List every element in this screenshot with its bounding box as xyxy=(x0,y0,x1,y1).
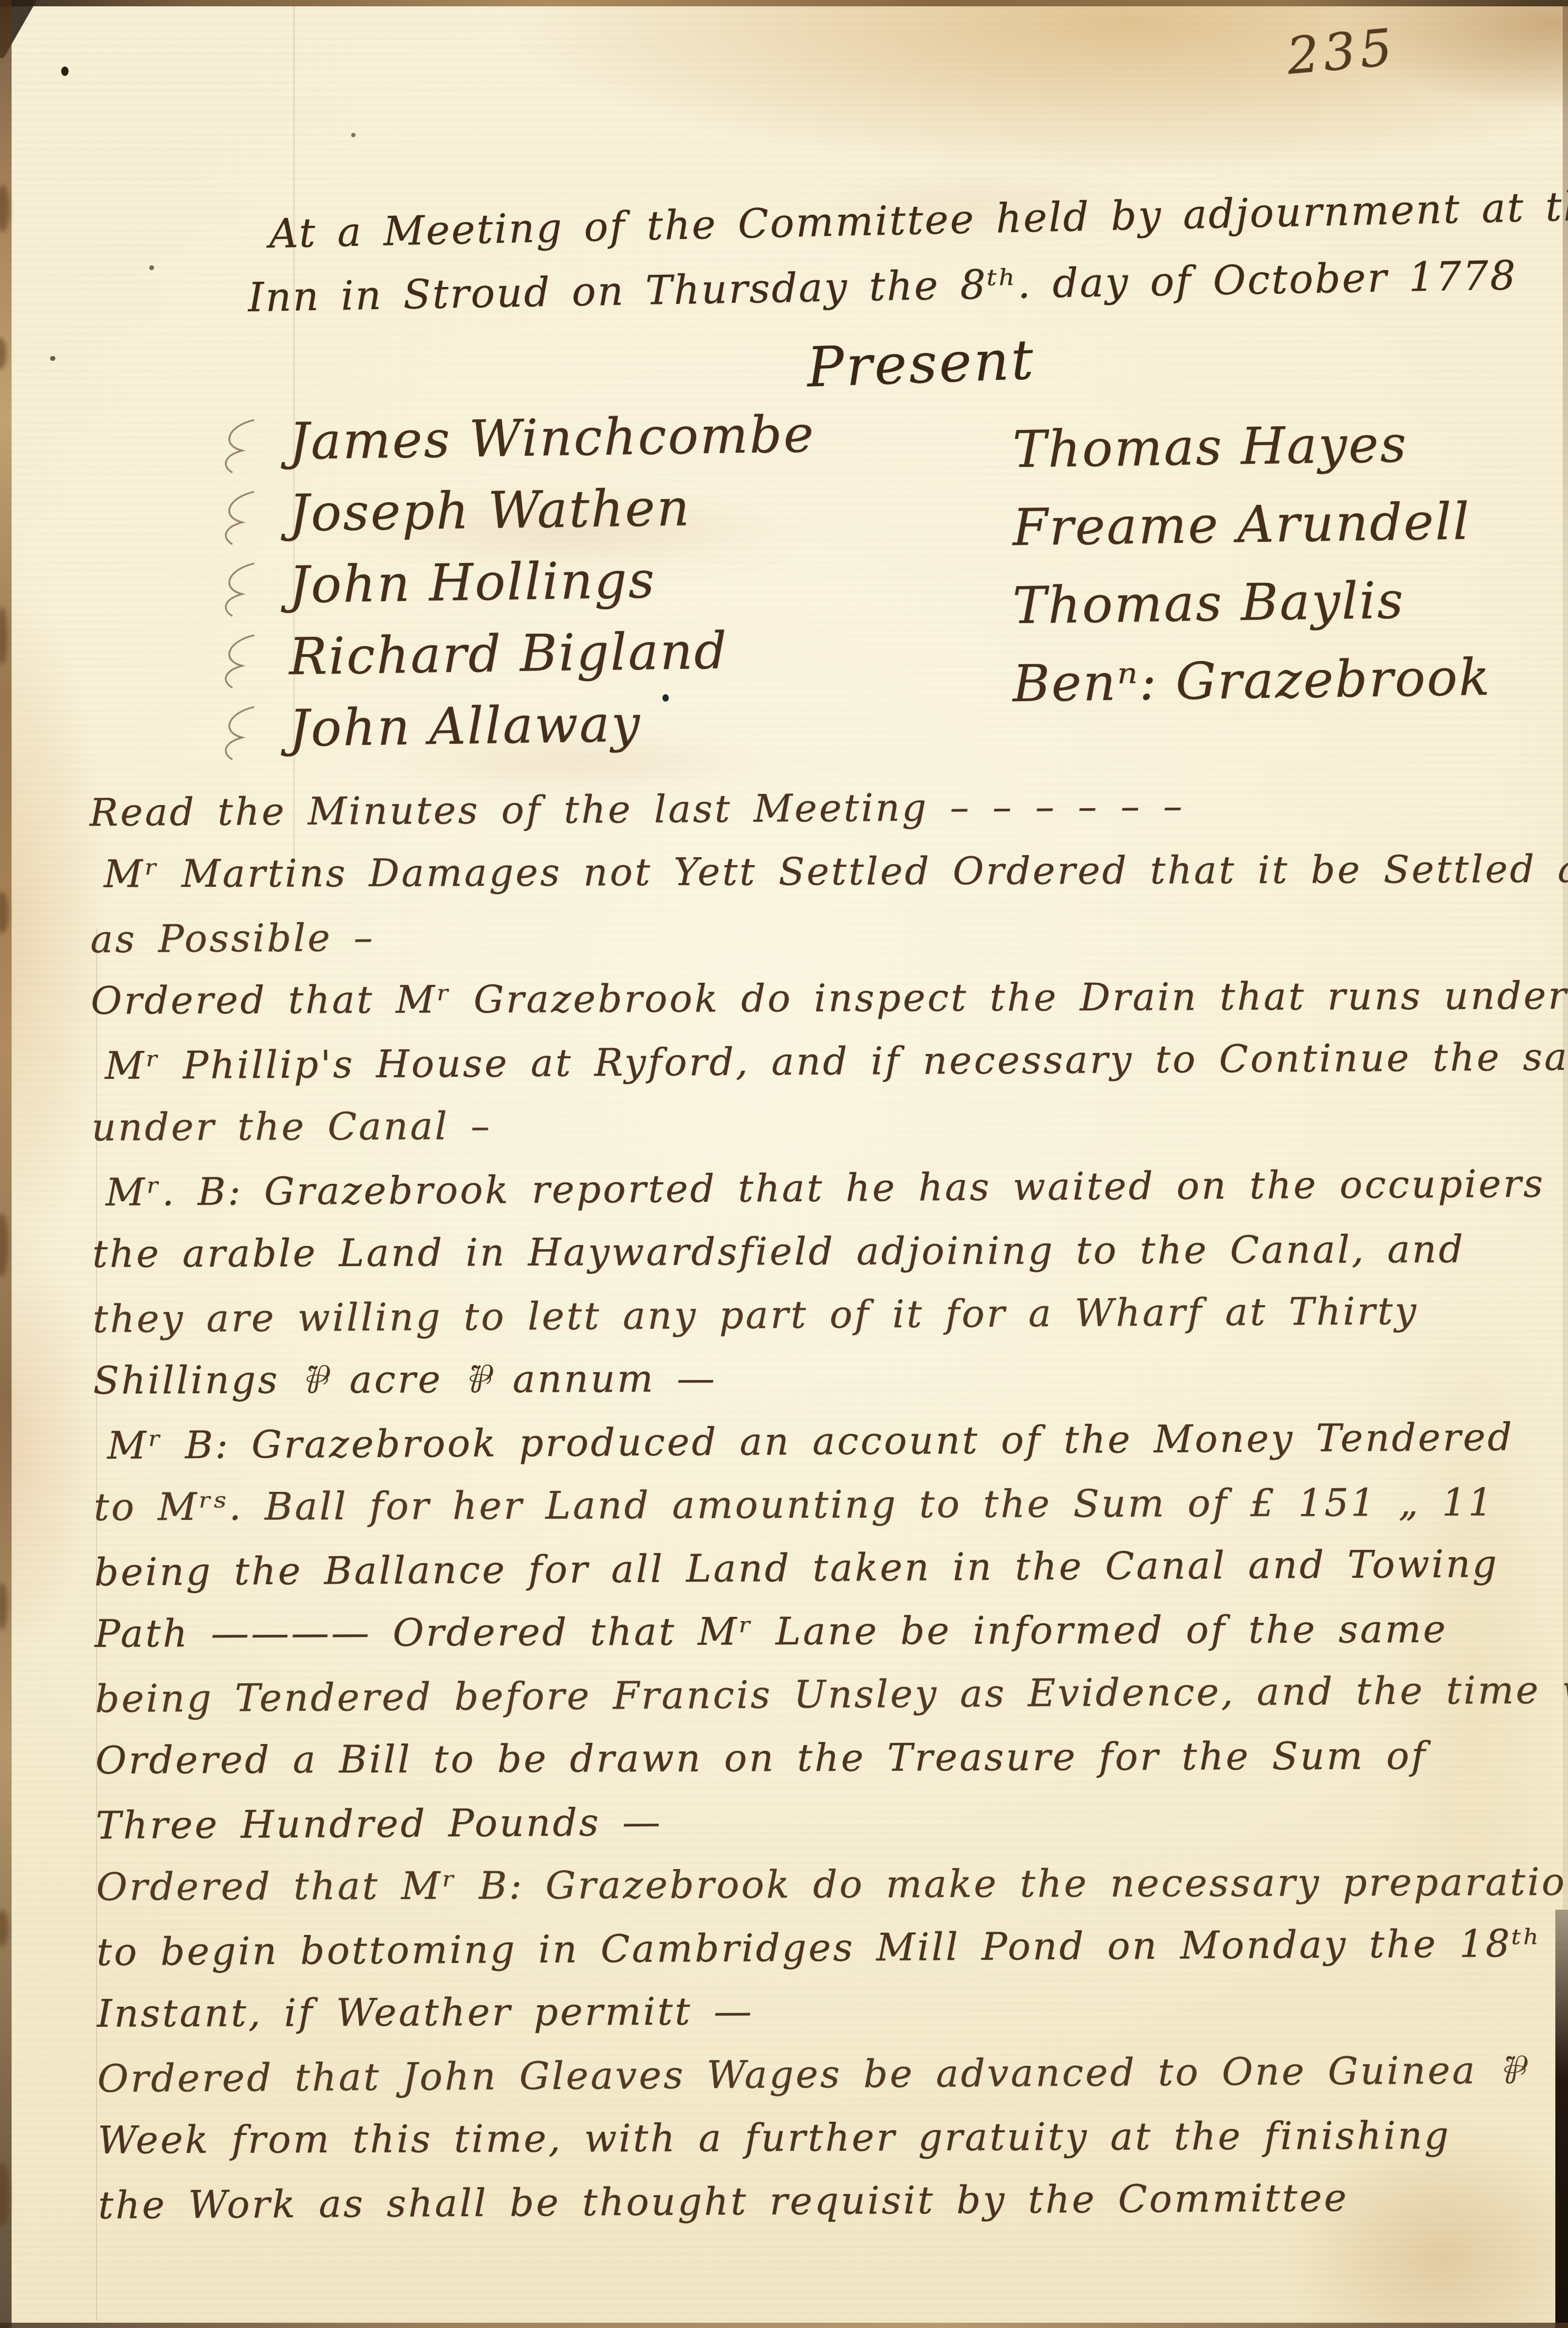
minutes-line: under the Canal – xyxy=(91,1090,1505,1158)
minutes-line: as Possible – xyxy=(90,899,1504,971)
minutes-line: Ordered that Mʳ Grazebrook do inspect th… xyxy=(91,964,1504,1032)
attendee-name: Thomas Hayes xyxy=(1012,404,1492,489)
minutes-line: being the Ballance for all Land taken in… xyxy=(94,1532,1508,1604)
page-edge-bottom xyxy=(0,2323,1568,2328)
ink-speck xyxy=(351,133,355,137)
minutes-line: the Work as shall be thought requisit by… xyxy=(98,2165,1512,2237)
minutes-line: Mʳ. B: Grazebrook reported that he has w… xyxy=(92,1152,1506,1224)
minutes-line: Shillings ⅌ acre ⅌ annum — xyxy=(93,1344,1506,1412)
attendee-name: Freame Arundell xyxy=(1012,482,1492,567)
minutes-line: they are willing to lett any part of it … xyxy=(92,1279,1506,1350)
minutes-line: to begin bottoming in Cambridges Mill Po… xyxy=(97,1912,1511,1984)
attendees-right-column: Thomas Hayes Freame Arundell Thomas Bayl… xyxy=(1013,407,1491,720)
minutes-line: Path ———— Ordered that Mʳ Lane be inform… xyxy=(94,1597,1508,1665)
attendee-name: Joseph Wathen xyxy=(288,470,815,549)
attendee-name: James Winchcombe xyxy=(288,398,815,477)
manuscript-scan: { "page_number": "235", "heading": { "li… xyxy=(0,0,1568,2328)
attendee-name: Benⁿ: Grazebrook xyxy=(1012,638,1492,723)
page-edge-right xyxy=(1563,0,1568,1910)
flourish-icon xyxy=(196,702,276,761)
minutes-line: Ordered that John Gleaves Wages be advan… xyxy=(97,2038,1511,2110)
flourish-icon xyxy=(196,559,276,618)
ink-speck xyxy=(149,265,154,270)
book-gutter-shadow xyxy=(1555,1910,1568,2328)
minutes-line: Mʳ Martins Damages not Yett Settled Orde… xyxy=(90,837,1503,905)
minutes-line: to Mʳˢ. Ball for her Land amounting to t… xyxy=(94,1470,1507,1538)
ink-speck xyxy=(61,66,69,76)
attendee-name: John Allaway xyxy=(288,685,815,764)
page-number: 235 xyxy=(1285,17,1399,86)
minutes-line: the arable Land in Haywardsfield adjoini… xyxy=(92,1217,1506,1285)
attendees-left-column: James Winchcombe Joseph Wathen John Holl… xyxy=(289,402,815,761)
minutes-line: Mʳ Phillip's House at Ryford, and if nec… xyxy=(91,1026,1505,1097)
minutes-line: Read the Minutes of the last Meeting – –… xyxy=(90,772,1504,844)
flourish-icon xyxy=(196,415,276,474)
ink-speck xyxy=(50,356,55,361)
minutes-line: Week from this time, with a further grat… xyxy=(98,2103,1511,2171)
present-label: Present xyxy=(806,327,1036,399)
page-edge-top xyxy=(0,0,1568,6)
minutes-line: being Tendered before Francis Unsley as … xyxy=(95,1659,1509,1730)
minutes-line: Instant, if Weather permitt — xyxy=(97,1977,1511,2045)
attendee-name: Thomas Baylis xyxy=(1012,560,1492,645)
flourish-icon xyxy=(196,630,276,689)
minutes-line: Ordered that Mʳ B: Grazebrook do make th… xyxy=(96,1850,1509,1918)
minutes-body: Read the Minutes of the last Meeting – –… xyxy=(90,772,1512,2237)
attendee-name: Richard Bigland xyxy=(288,614,815,693)
minutes-line: Three Hundred Pounds — xyxy=(95,1785,1509,1857)
attendee-name: John Hollings xyxy=(288,542,815,621)
minutes-line: Mʳ B: Grazebrook produced an account of … xyxy=(93,1405,1507,1477)
minutes-line: Ordered a Bill to be drawn on the Treasu… xyxy=(95,1723,1509,1791)
flourish-icon xyxy=(196,487,276,546)
